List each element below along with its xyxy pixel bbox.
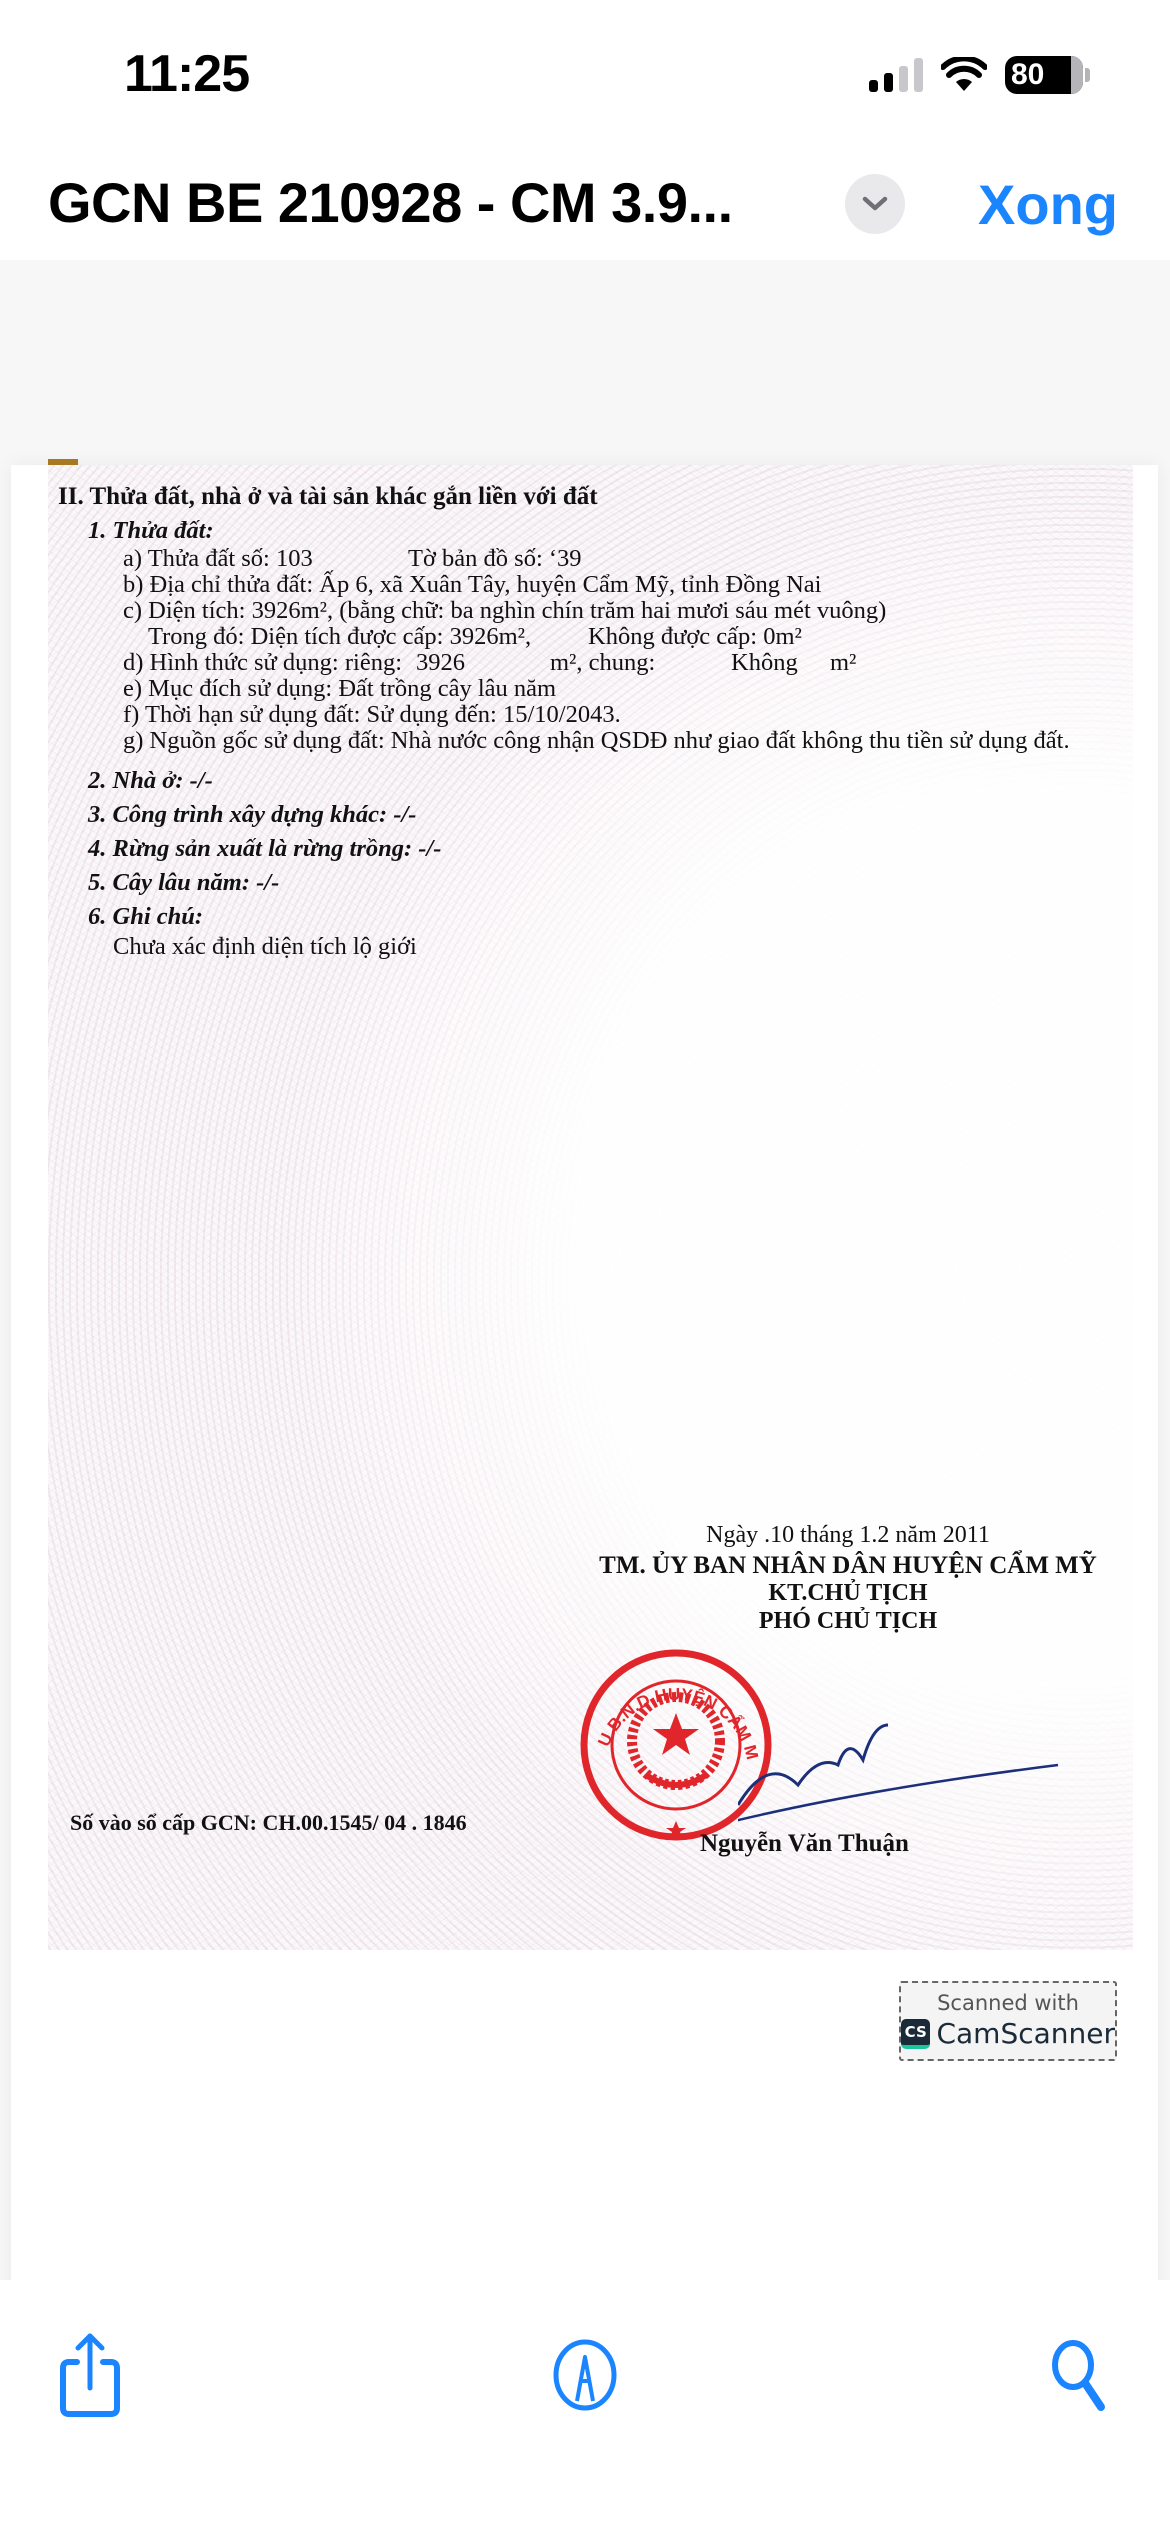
perennial-trees-item: 5. Cây lâu năm: -/- — [88, 869, 279, 897]
share-button[interactable] — [40, 2320, 140, 2430]
handwritten-signature-icon — [738, 1695, 1068, 1845]
bottom-toolbar — [0, 2280, 1170, 2532]
usage-form-label: d) Hình thức sử dụng: riêng: — [123, 649, 402, 677]
search-button[interactable] — [1030, 2320, 1130, 2430]
land-use-purpose: e) Mục đích sử dụng: Đất trồng cây lâu n… — [123, 675, 556, 703]
issuing-authority: TM. ỦY BAN NHÂN DÂN HUYỆN CẨM MỸ — [568, 1552, 1128, 1580]
land-heading: 1. Thửa đất: — [88, 517, 214, 545]
status-time: 11:25 — [124, 44, 249, 104]
title-menu-button[interactable] — [845, 174, 905, 234]
other-construction-item: 3. Công trình xây dựng khác: -/- — [88, 801, 416, 829]
share-icon — [55, 2330, 125, 2420]
pdf-viewer-screen: 11:25 80 GCN BE 210928 — [0, 0, 1170, 2532]
wifi-icon — [941, 57, 987, 93]
watermark-caption: Scanned with — [901, 1991, 1115, 2015]
land-use-term: f) Thời hạn sử dụng đất: Sử dụng đến: 15… — [123, 701, 621, 729]
parcel-number: a) Thửa đất số: 103 — [123, 545, 313, 573]
planted-forest-item: 4. Rừng sản xuất là rừng trồng: -/- — [88, 835, 441, 863]
document-title[interactable]: GCN BE 210928 - CM 3.9... — [48, 170, 733, 235]
chevron-down-icon — [862, 196, 888, 212]
notes-heading: 6. Ghi chú: — [88, 903, 203, 931]
shared-area: Không — [731, 649, 798, 677]
navigation-bar: GCN BE 210928 - CM 3.9... Xong — [0, 150, 1170, 260]
parcel-area: c) Diện tích: 3926m², (bằng chữ: ba nghì… — [123, 597, 886, 625]
camscanner-logo-icon: CS — [901, 2019, 930, 2049]
not-granted-area: Không được cấp: 0m² — [588, 623, 802, 651]
granted-area: Trong đó: Diện tích được cấp: 3926m², — [148, 623, 531, 651]
camscanner-watermark: Scanned with CS CamScanner — [899, 1981, 1117, 2061]
shared-unit: m² — [830, 649, 856, 677]
signer-role-2: PHÓ CHỦ TỊCH — [568, 1608, 1128, 1635]
signer-role-1: KT.CHỦ TỊCH — [568, 1580, 1128, 1607]
search-icon — [1045, 2335, 1115, 2415]
parcel-address: b) Địa chỉ thửa đất: Ấp 6, xã Xuân Tây, … — [123, 571, 821, 599]
camscanner-brand: CamScanner — [936, 2017, 1115, 2050]
scanned-certificate: II. Thửa đất, nhà ở và tài sản khác gắn … — [48, 465, 1133, 1950]
house-item: 2. Nhà ở: -/- — [88, 767, 213, 795]
registry-number: Số vào sổ cấp GCN: CH.00.1545/ 04 . 1846 — [70, 1810, 467, 1836]
section-title: II. Thửa đất, nhà ở và tài sản khác gắn … — [58, 483, 598, 511]
signer-name: Nguyễn Văn Thuận — [700, 1830, 909, 1858]
markup-pen-icon — [550, 2335, 620, 2415]
battery-icon: 80 — [1005, 56, 1090, 94]
private-area: 3926 — [416, 649, 465, 677]
issue-date: Ngày .10 tháng 1.2 năm 2011 — [568, 1522, 1128, 1549]
scan-edge-mark — [48, 459, 78, 465]
pdf-page[interactable]: II. Thửa đất, nhà ở và tài sản khác gắn … — [11, 465, 1158, 2348]
done-button[interactable]: Xong — [978, 172, 1118, 237]
markup-button[interactable] — [535, 2320, 635, 2430]
map-sheet-number: Tờ bản đồ số: ‘39 — [408, 545, 582, 573]
battery-level: 80 — [1011, 58, 1044, 91]
document-viewer[interactable]: II. Thửa đất, nhà ở và tài sản khác gắn … — [0, 260, 1170, 2280]
cellular-signal-icon — [869, 58, 923, 92]
status-indicators: 80 — [869, 56, 1090, 94]
notes-text: Chưa xác định diện tích lộ giới — [113, 933, 417, 961]
land-use-origin: g) Nguồn gốc sử dụng đất: Nhà nước công … — [123, 727, 1070, 755]
shared-label: m², chung: — [550, 649, 655, 677]
status-bar: 11:25 80 — [0, 0, 1170, 150]
